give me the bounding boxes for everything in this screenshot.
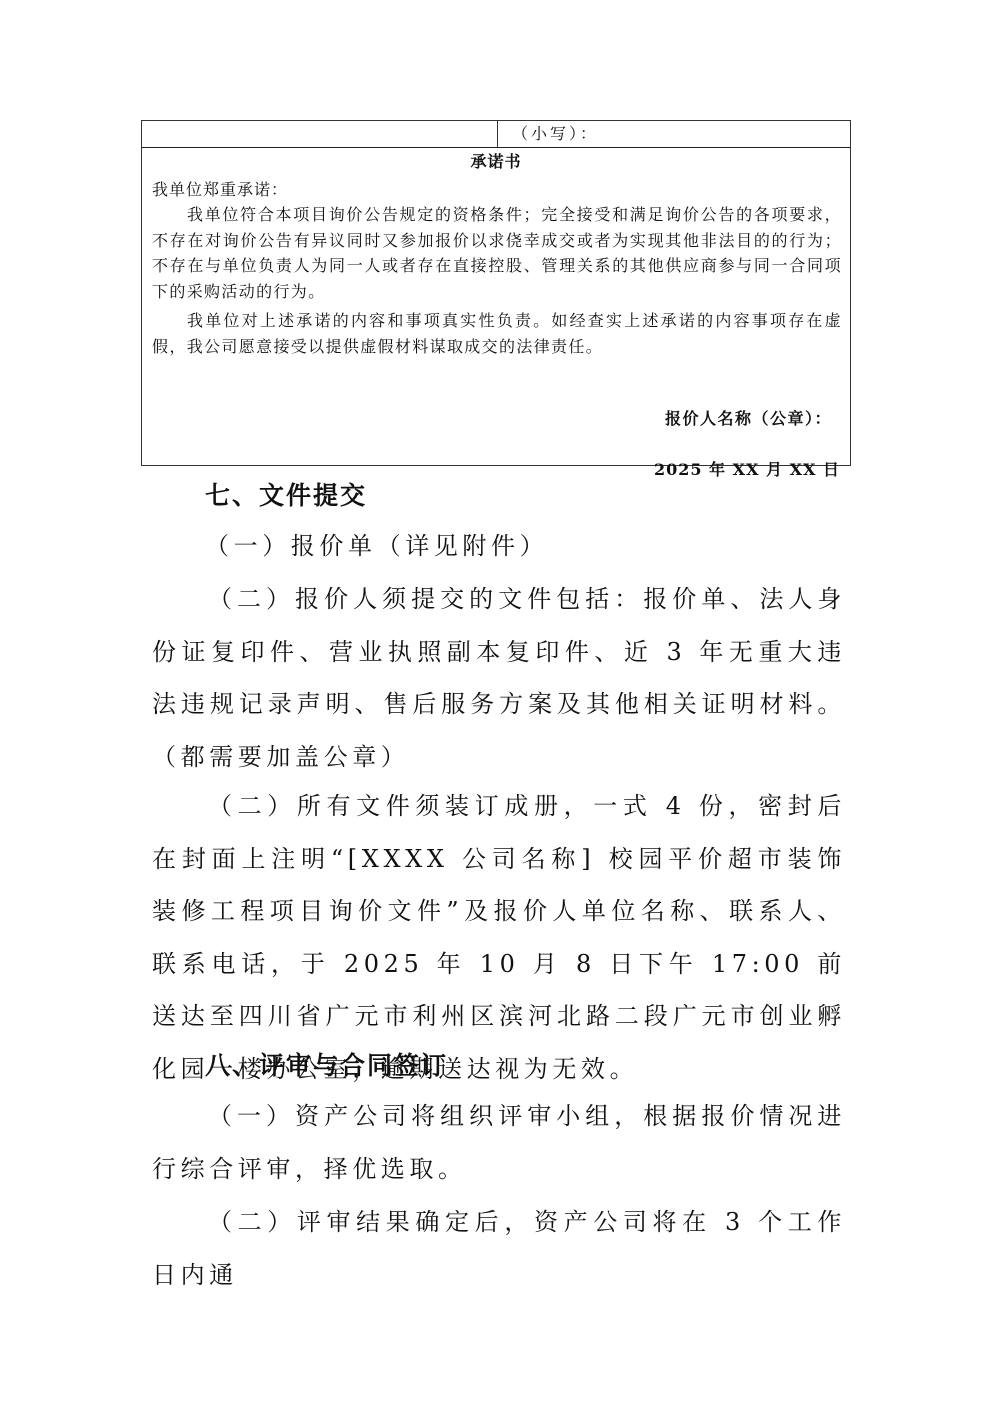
pledge-intro: 我单位郑重承诺： xyxy=(152,178,288,202)
section-8-item-2: （二）评审结果确定后，资产公司将在 3 个工作日内通 xyxy=(152,1196,846,1301)
section-8-item-1: （一）资产公司将组织评审小组，根据报价情况进行综合评审，择优选取。 xyxy=(152,1090,846,1195)
section-heading-evaluation: 八、评审与合同签订 xyxy=(205,1050,448,1082)
section-heading-submission: 七、文件提交 xyxy=(205,480,367,512)
pledge-date: 2025 年 XX 月 XX 日 xyxy=(654,459,840,481)
pledge-paragraph-1: 我单位符合本项目询价公告规定的资格条件；完全接受和满足询价公告的各项要求，不存在… xyxy=(152,202,842,304)
pledge-title: 承诺书 xyxy=(142,152,850,172)
section-7-item-1: （一）报价单（详见附件） xyxy=(205,520,845,573)
amount-row: （小写）： xyxy=(142,121,850,148)
section-7-item-3: （二）所有文件须装订成册，一式 4 份，密封后在封面上注明“[XXXX 公司名称… xyxy=(152,780,846,1095)
bidder-signature-label: 报价人名称（公章）： xyxy=(665,408,832,430)
amount-left-cell xyxy=(142,121,498,147)
section-7-item-2: （二）报价人须提交的文件包括：报价单、法人身份证复印件、营业执照副本复印件、近 … xyxy=(152,573,846,783)
commitment-table: （小写）： 承诺书 我单位郑重承诺： 我单位符合本项目询价公告规定的资格条件；完… xyxy=(141,120,851,466)
amount-lowercase-label: （小写）： xyxy=(512,124,599,144)
pledge-paragraph-2: 我单位对上述承诺的内容和事项真实性负责。如经查实上述承诺的内容事项存在虚假，我公… xyxy=(152,308,842,359)
pledge-cell: 承诺书 我单位郑重承诺： 我单位符合本项目询价公告规定的资格条件；完全接受和满足… xyxy=(142,148,850,465)
